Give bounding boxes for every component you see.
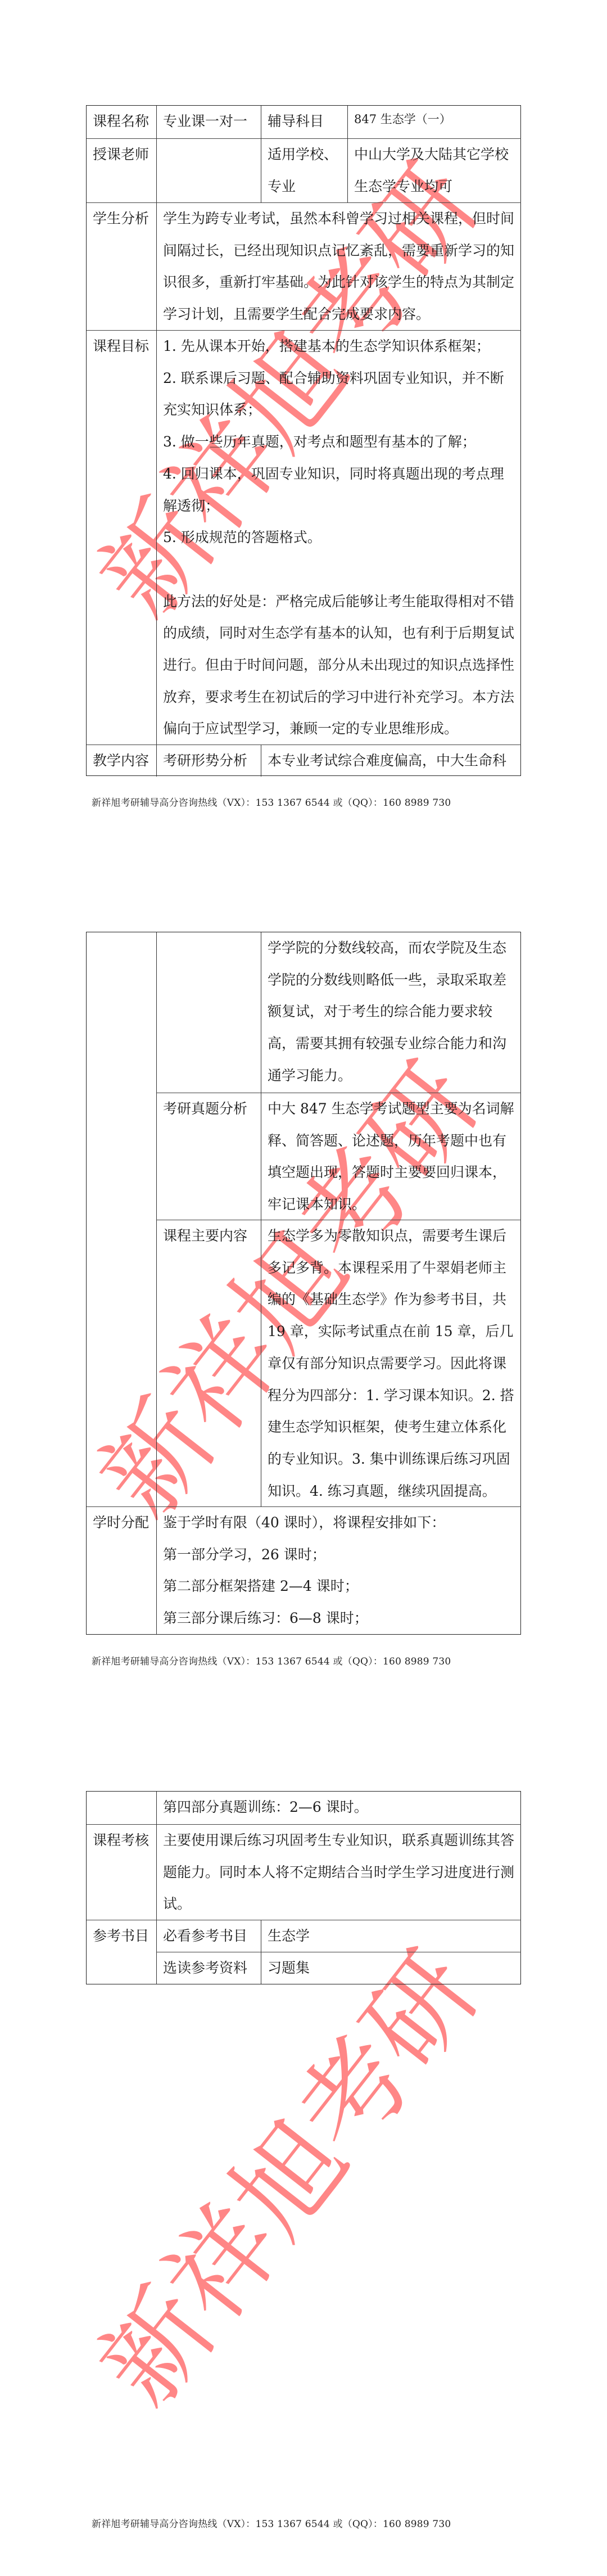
label-subject: 辅导科目 — [261, 106, 347, 138]
label-applicable-line2: 专业 — [268, 171, 347, 202]
value-subject: 847 生态学（一） — [347, 106, 521, 138]
course-plan-table-page1: 课程名称 专业课一对一 辅导科目 847 生态学（一） 授课老师 适用学校、 专… — [86, 105, 521, 776]
value-student-analysis: 学生为跨专业考试，虽然本科曾学习过相关课程，但时间间隔过长，已经出现知识点记忆紊… — [156, 202, 521, 330]
value-applicable-line1: 中山大学及大陆其它学校 — [354, 139, 521, 171]
value-exam-situation-start: 本专业考试综合难度偏高，中大生命科 — [261, 745, 521, 777]
value-required-reference: 生态学 — [261, 1920, 521, 1952]
label-exam-analysis: 考研真题分析 — [156, 1093, 261, 1220]
value-hours: 鉴于学时有限（40 课时），将课程安排如下： 第一部分学习，26 课时； 第二部… — [156, 1506, 521, 1634]
label-applicable-line1: 适用学校、 — [268, 139, 347, 171]
label-main-content: 课程主要内容 — [156, 1220, 261, 1506]
label-references: 参考书目 — [87, 1920, 156, 1984]
watermark: 新祥旭考研 — [83, 1936, 496, 2422]
label-teacher: 授课老师 — [87, 138, 156, 202]
value-hours-cont: 第四部分真题训练：2—6 课时。 — [156, 1792, 521, 1824]
course-plan-table-page3: 第四部分真题训练：2—6 课时。 课程考核 主要使用课后练习巩固考生专业知识，联… — [86, 1791, 521, 1984]
value-course-goals: 1. 先从课本开始，搭建基本的生态学知识体系框架； 2. 联系课后习题、配合辅助… — [156, 330, 521, 745]
hours-line-1: 鉴于学时有限（40 课时），将课程安排如下： — [163, 1507, 521, 1539]
course-plan-table-page2: 学学院的分数线较高，而农学院及生态学院的分数线则略低一些，录取采取差额复试，对于… — [86, 932, 521, 1635]
value-course-name: 专业课一对一 — [156, 106, 261, 138]
label-exam-situation-cont — [156, 932, 261, 1093]
label-exam-situation: 考研形势分析 — [156, 745, 261, 777]
label-student-analysis: 学生分析 — [87, 202, 156, 330]
footer-hotline-page3: 新祥旭考研辅导高分咨询热线（VX）：153 1367 6544 或（QQ）：16… — [92, 2516, 519, 2530]
goal-item-1: 1. 先从课本开始，搭建基本的生态学知识体系框架； — [163, 331, 517, 363]
value-exam-analysis: 中大 847 生态学考试题型主要为名词解释、简答题、论述题，历年考题中也有填空题… — [261, 1093, 521, 1220]
label-applicable-schools: 适用学校、 专业 — [261, 138, 347, 202]
value-applicable-schools: 中山大学及大陆其它学校 生态学专业均可 — [347, 138, 521, 202]
label-teaching-content-cont — [87, 932, 156, 1506]
goal-item-5: 5. 形成规范的答题格式。 — [163, 522, 517, 554]
label-hours: 学时分配 — [87, 1506, 156, 1634]
hours-line-2: 第一部分学习，26 课时； — [163, 1539, 521, 1571]
footer-hotline-page2: 新祥旭考研辅导高分咨询热线（VX）：153 1367 6544 或（QQ）：16… — [92, 1653, 519, 1667]
value-exam-situation-cont: 学学院的分数线较高，而农学院及生态学院的分数线则略低一些，录取采取差额复试，对于… — [261, 932, 521, 1093]
goal-item-3: 3. 做一些历年真题，对考点和题型有基本的了解； — [163, 426, 517, 458]
hours-line-3: 第二部分框架搭建 2—4 课时； — [163, 1571, 521, 1603]
value-assessment: 主要使用课后练习巩固考生专业知识，联系真题训练其答题能力。同时本人将不定期结合当… — [156, 1824, 521, 1920]
value-teacher — [156, 138, 261, 202]
label-hours-cont — [87, 1792, 156, 1824]
value-applicable-line2: 生态学专业均可 — [354, 171, 521, 202]
label-required-reference: 必看参考书目 — [156, 1920, 261, 1952]
label-teaching-content: 教学内容 — [87, 745, 156, 777]
value-optional-reference: 习题集 — [261, 1952, 521, 1984]
goal-item-2: 2. 联系课后习题、配合辅助资料巩固专业知识，并不断充实知识体系； — [163, 363, 517, 426]
label-course-name: 课程名称 — [87, 106, 156, 138]
hours-line-4: 第三部分课后练习：6—8 课时； — [163, 1603, 521, 1634]
blank-line — [163, 554, 517, 586]
label-assessment: 课程考核 — [87, 1824, 156, 1920]
footer-hotline-page1: 新祥旭考研辅导高分咨询热线（VX）：153 1367 6544 或（QQ）：16… — [92, 795, 519, 809]
label-course-goals: 课程目标 — [87, 330, 156, 745]
goal-benefit: 此方法的好处是：严格完成后能够让考生能取得相对不错的成绩，同时对生态学有基本的认… — [163, 586, 517, 745]
goal-item-4: 4. 回归课本，巩固专业知识，同时将真题出现的考点理解透彻； — [163, 458, 517, 522]
value-main-content: 生态学多为零散知识点，需要考生课后多记多背。本课程采用了牛翠娟老师主编的《基础生… — [261, 1220, 521, 1506]
label-optional-reference: 选读参考资料 — [156, 1952, 261, 1984]
